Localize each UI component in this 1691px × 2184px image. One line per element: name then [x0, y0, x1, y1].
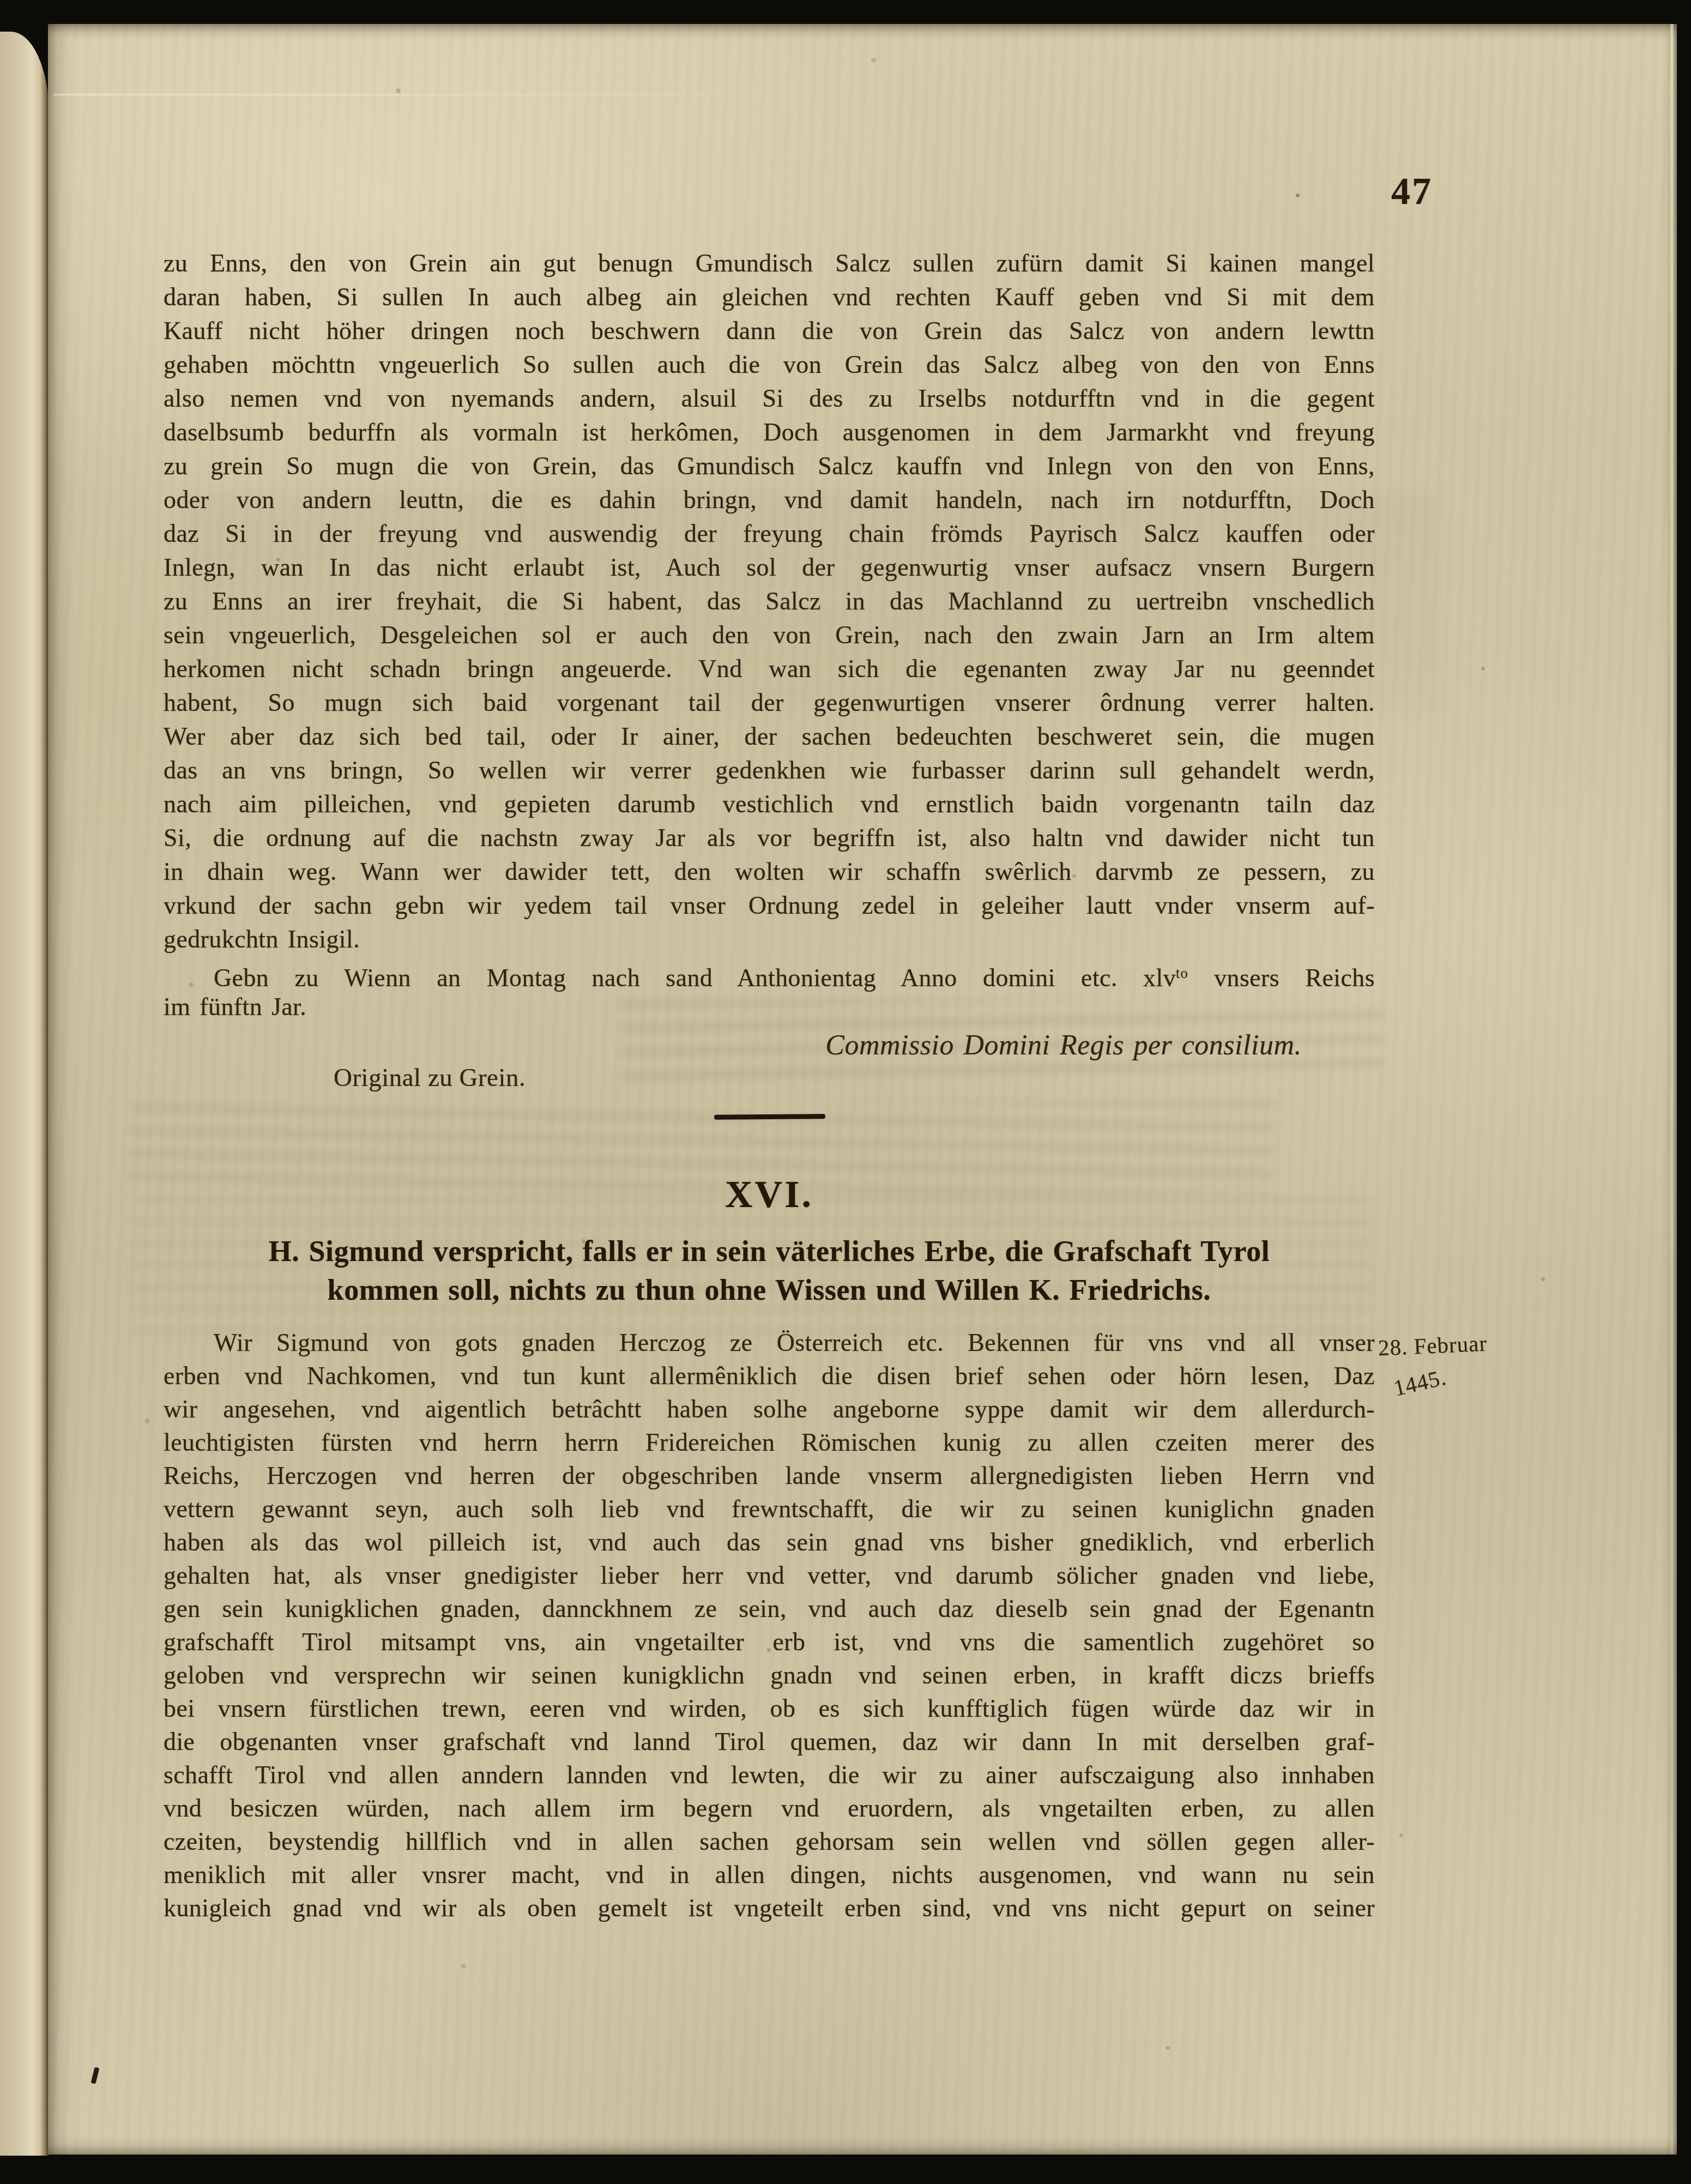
section-divider-rule [714, 1114, 825, 1119]
charter-xvi-title-line-1: H. Sigmund verspricht, falls er in sein … [164, 1232, 1375, 1271]
text-line: die obgenanten vnser grafschaft vnd lann… [164, 1725, 1375, 1758]
text-line: Wer aber daz sich bed tail, oder Ir aine… [164, 720, 1375, 753]
charter-xvi-number-heading: XVI. [164, 1173, 1375, 1217]
charter-xvi-title: H. Sigmund verspricht, falls er in sein … [164, 1232, 1375, 1310]
text-line: gen sein kunigklichen gnaden, dannckhnem… [164, 1592, 1375, 1625]
text-line: nach aim pilleichen, vnd gepieten darumb… [164, 787, 1375, 821]
text-line: oder von andern leuttn, die es dahin bri… [164, 483, 1375, 517]
text-line: daran haben, Si sullen In auch albeg ain… [164, 280, 1375, 314]
text-line: herkomen nicht schadn bringn angeuerde. … [164, 652, 1375, 686]
dateline-superscript: to [1176, 965, 1188, 981]
text-line: bei vnsern fürstlichen trewn, eeren vnd … [164, 1692, 1375, 1725]
page-edge-highlight [1670, 24, 1674, 2155]
text-line: Si, die ordnung auf die nachstn zway Jar… [164, 821, 1375, 855]
text-line: gehalten hat, als vnser gnedigister lieb… [164, 1559, 1375, 1592]
text-line: Wir Sigmund von gots gnaden Herczog ze Ö… [164, 1326, 1375, 1359]
charter-xvi-title-line-2: kommen soll, nichts zu thun ohne Wissen … [164, 1271, 1375, 1310]
text-line: das an vns bringn, So wellen wir verrer … [164, 753, 1375, 787]
text-line: habent, So mugn sich baid vorgenant tail… [164, 686, 1375, 720]
text-line: vrkund der sachn gebn wir yedem tail vns… [164, 889, 1375, 922]
facing-page-curl [0, 32, 49, 2156]
page-number: 47 [1391, 170, 1433, 214]
text-line: kunigleich gnad vnd wir als oben gemelt … [164, 1891, 1375, 1924]
text-line: gehaben möchttn vngeuerlich So sullen au… [164, 348, 1375, 382]
dateline-text: vnsers Reichs [1188, 964, 1375, 992]
charter-xv-dateline: Gebn zu Wienn an Montag nach sand Anthon… [164, 956, 1375, 1024]
text-line: sein vngeuerlich, Desgeleichen sol er au… [164, 618, 1375, 652]
dateline-line-2: im fünftn Jar. [164, 990, 1375, 1024]
text-line: zu grein So mugn die von Grein, das Gmun… [164, 449, 1375, 483]
text-line: zu Enns an irer freyhait, die Si habent,… [164, 584, 1375, 618]
text-line: czeiten, beystendig hillflich vnd in all… [164, 1825, 1375, 1858]
text-line: zu Enns, den von Grein ain gut benugn Gm… [164, 246, 1375, 280]
text-line: in dhain weg. Wann wer dawider tett, den… [164, 855, 1375, 889]
text-line: grafschafft Tirol mitsampt vns, ain vnge… [164, 1625, 1375, 1658]
margin-date-year: 1445. [1391, 1364, 1449, 1402]
margin-date-note: 28. Februar [1378, 1330, 1488, 1361]
charter-xvi-body: Wir Sigmund von gots gnaden Herczog ze Ö… [164, 1326, 1375, 1924]
text-line: Reichs, Herczogen vnd herren der obgesch… [164, 1459, 1375, 1492]
text-line: vnd besiczen würden, nach allem irm bege… [164, 1791, 1375, 1825]
source-note: Original zu Grein. [334, 1063, 526, 1093]
text-line: meniklich mit aller vnsrer macht, vnd in… [164, 1858, 1375, 1891]
paper-crease [53, 94, 871, 95]
text-line: haben als das wol pilleich ist, vnd auch… [164, 1525, 1375, 1559]
text-line: gedrukchtn Insigil. [164, 922, 1375, 956]
text-line: erben vnd Nachkomen, vnd tun kunt allerm… [164, 1359, 1375, 1392]
commissio-subscription: Commissio Domini Regis per consilium. [825, 1029, 1302, 1061]
dateline-text: Gebn zu Wienn an Montag nach sand Anthon… [214, 964, 1176, 992]
text-line: leuchtigisten fürsten vnd herrn herrn Fr… [164, 1426, 1375, 1459]
pen-mark [91, 2067, 100, 2084]
text-line: Inlegn, wan In das nicht erlaubt ist, Au… [164, 551, 1375, 584]
text-line: daz Si in der freyung vnd auswendig der … [164, 517, 1375, 551]
text-line: wir angesehen, vnd aigentlich betrâchtt … [164, 1392, 1375, 1426]
text-line: daselbsumb bedurffn als vormaln ist herk… [164, 415, 1375, 449]
text-line: Kauff nicht höher dringen noch beschwern… [164, 314, 1375, 348]
paper-speckles [48, 24, 51, 27]
text-line: geloben vnd versprechn wir seinen kunigk… [164, 1658, 1375, 1692]
text-line: schafft Tirol vnd allen anndern lannden … [164, 1758, 1375, 1791]
charter-xv-body: zu Enns, den von Grein ain gut benugn Gm… [164, 246, 1375, 956]
book-page: 47 zu Enns, den von Grein ain gut benugn… [48, 24, 1677, 2155]
book-scan-background: 47 zu Enns, den von Grein ain gut benugn… [0, 0, 1691, 2184]
dateline-line-1: Gebn zu Wienn an Montag nach sand Anthon… [164, 956, 1375, 990]
text-line: also nemen vnd von nyemands andern, alsu… [164, 382, 1375, 415]
text-line: vettern gewannt seyn, auch solh lieb vnd… [164, 1492, 1375, 1525]
